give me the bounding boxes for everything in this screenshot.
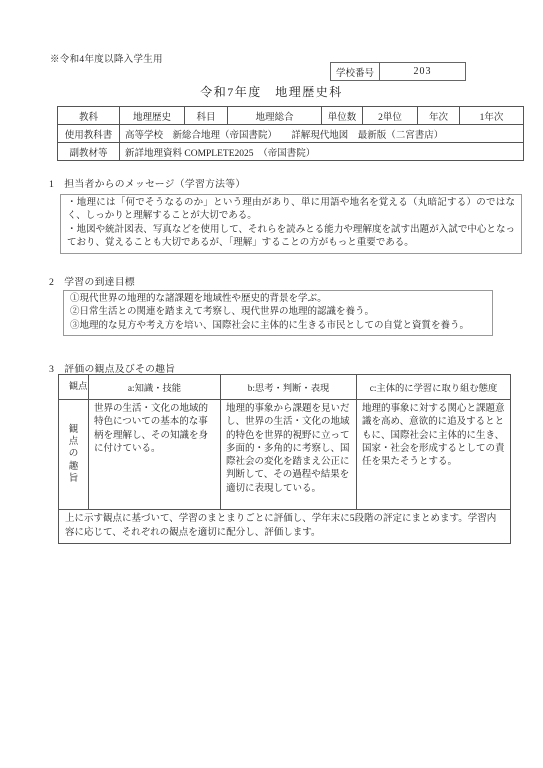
course-info-table: 教科 地理歴史 科目 地理総合 単位数 2単位 年次 1年次 使用教科書 高等学… (57, 106, 524, 161)
eval-header-c: c:主体的に学習に取り組む態度 (357, 375, 511, 400)
eval-header-a: a:知識・技能 (89, 375, 221, 400)
section3-heading: 3 評価の観点及びその趣旨 (49, 361, 175, 375)
school-number-box: 学校番号 203 (330, 62, 466, 81)
viewpoint-corner-cell: 観点 (59, 375, 89, 400)
table-row: 使用教科書 高等学校 新総合地理（帝国書院） 詳解現代地図 最新版（二宮書店） (58, 125, 524, 143)
school-number-label: 学校番号 (331, 63, 380, 80)
note-admission-year: ※令和4年度以降入学生用 (50, 51, 163, 65)
eval-header-b: b:思考・判断・表現 (221, 375, 357, 400)
subject-value-cell: 地理歴史 (120, 107, 185, 125)
subject-label-cell: 教科 (58, 107, 120, 125)
credits-label-cell: 単位数 (322, 107, 363, 125)
credits-value-cell: 2単位 (363, 107, 418, 125)
message-item: ・地理には「何でそうなるのか」という理由があり、単に用語や地名を覚える（丸暗記す… (67, 197, 515, 224)
course-value-cell: 地理総合 (228, 107, 322, 125)
learning-goals-box: ①現代世界の地理的な諸課題を地域性や歴史的背景を学ぶ。 ②日常生活との関連を踏ま… (63, 290, 493, 336)
document-title: 令和7年度 地理歴史科 (0, 83, 543, 100)
teacher-message-box: ・地理には「何でそうなるのか」という理由があり、単に用語や地名を覚える（丸暗記す… (60, 194, 522, 254)
year-label-cell: 年次 (418, 107, 460, 125)
viewpoint-corner-label: 観点 (69, 381, 78, 393)
goal-item: ②日常生活との関連を踏まえて考察し、現代世界の地理的認識を養う。 (70, 306, 486, 319)
viewpoint-purport-label-cell: 観点の趣旨 (59, 400, 89, 510)
eval-text-b: 地理的事象から課題を見いだし、世界の生活・文化の地域的特色を世界的視野に立って多… (221, 400, 357, 510)
table-row: 観点 a:知識・技能 b:思考・判断・表現 c:主体的に学習に取り組む態度 (59, 375, 511, 400)
table-row: 副教材等 新詳地理資料 COMPLETE2025 （帝国書院） (58, 143, 524, 161)
supplementary-label-cell: 副教材等 (58, 143, 120, 161)
evaluation-table: 観点 a:知識・技能 b:思考・判断・表現 c:主体的に学習に取り組む態度 観点… (58, 374, 511, 544)
supplementary-value-cell: 新詳地理資料 COMPLETE2025 （帝国書院） (120, 143, 524, 161)
year-value-cell: 1年次 (460, 107, 524, 125)
section1-heading: 1 担当者からのメッセージ（学習方法等） (49, 176, 245, 190)
evaluation-note-cell: 上に示す観点に基づいて、学習のまとまりごとに評価し、学年末に5段階の評定にまとめ… (59, 510, 511, 544)
section2-heading: 2 学習の到達目標 (49, 274, 135, 288)
textbook-value-cell: 高等学校 新総合地理（帝国書院） 詳解現代地図 最新版（二宮書店） (120, 125, 524, 143)
table-row: 観点の趣旨 世界の生活・文化の地域的特色についての基本的な事柄を理解し、その知識… (59, 400, 511, 510)
goal-item: ①現代世界の地理的な諸課題を地域性や歴史的背景を学ぶ。 (70, 293, 486, 306)
eval-text-c: 地理的事象に対する関心と課題意識を高め、意欲的に追及するとともに、国際社会に主体… (357, 400, 511, 510)
message-item: ・地図や統計図表、写真などを使用して、それらを読みとる能力や理解度を試す出題が入… (67, 224, 515, 251)
school-number-value: 203 (380, 63, 465, 80)
textbook-label-cell: 使用教科書 (58, 125, 120, 143)
table-row: 上に示す観点に基づいて、学習のまとまりごとに評価し、学年末に5段階の評定にまとめ… (59, 510, 511, 544)
course-label-cell: 科目 (185, 107, 228, 125)
viewpoint-purport-label: 観点の趣旨 (69, 424, 79, 486)
table-row: 教科 地理歴史 科目 地理総合 単位数 2単位 年次 1年次 (58, 107, 524, 125)
eval-text-a: 世界の生活・文化の地域的特色についての基本的な事柄を理解し、その知識を身に付けて… (89, 400, 221, 510)
goal-item: ③地理的な見方や考え方を培い、国際社会に主体的に生きる市民としての自覚と資質を養… (70, 320, 486, 333)
